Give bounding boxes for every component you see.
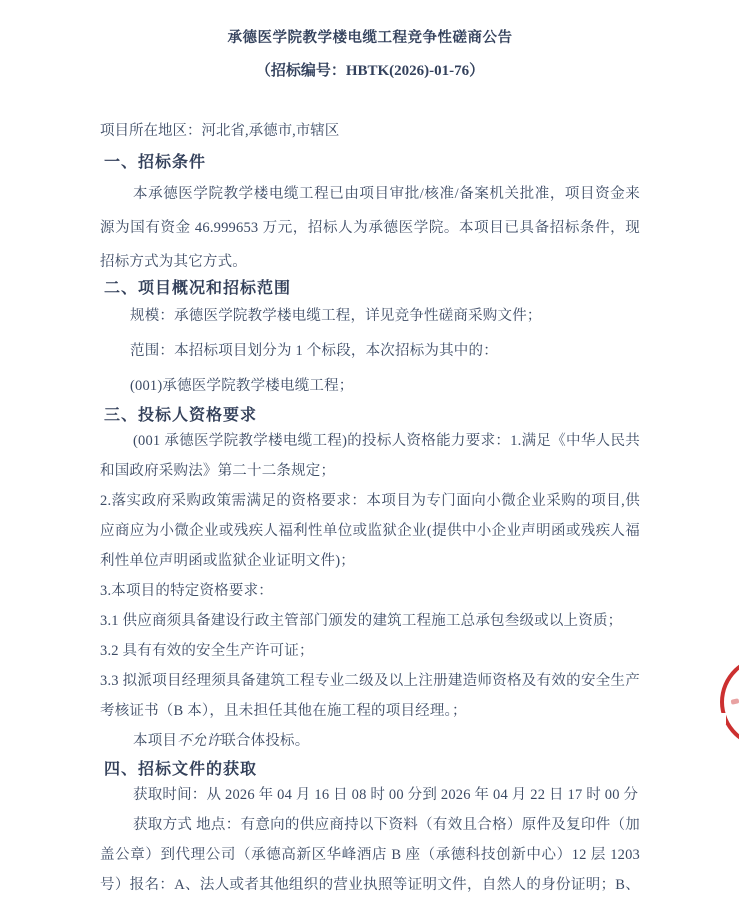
qualification-requirement-1: (001 承德医学院教学楼电缆工程)的投标人资格能力要求：1.满足《中华人民共和… [100,426,640,486]
project-scale-line: 规模：承德医学院教学楼电缆工程，详见竞争性磋商采购文件； [130,299,640,334]
section-2-heading: 二、项目概况和招标范围 [104,279,640,299]
no-consortium-suffix: 联合体投标。 [221,733,309,749]
lot-001-line: (001)承德医学院教学楼电缆工程； [130,369,640,404]
section-3-heading: 三、投标人资格要求 [104,406,640,426]
red-seal-stamp-gap [716,713,726,724]
tender-conditions-paragraph: 本承德医学院教学楼电缆工程已由项目审批/核准/备案机关批准，项目资金来源为国有资… [100,177,640,279]
document-page: 承德医学院教学楼电缆工程竞争性磋商公告 （招标编号：HBTK(2026)-01-… [0,0,739,911]
project-location-line: 项目所在地区：河北省,承德市,市辖区 [100,121,640,141]
qualification-requirement-3-2: 3.2 具有有效的安全生产许可证； [100,636,640,666]
document-content: 承德医学院教学楼电缆工程竞争性磋商公告 （招标编号：HBTK(2026)-01-… [100,0,640,900]
qualification-requirement-3-1: 3.1 供应商须具备建设行政主管部门颁发的建筑工程施工总承包叁级或以上资质； [100,606,640,636]
section-4-heading: 四、招标文件的获取 [104,760,640,780]
no-consortium-line: 本项目不允许联合体投标。 [100,726,640,756]
qualification-requirement-2: 2.落实政府采购政策需满足的资格要求：本项目为专门面向小微企业采购的项目,供应商… [100,486,640,576]
page-title: 承德医学院教学楼电缆工程竞争性磋商公告 [100,26,640,50]
tender-number: （招标编号：HBTK(2026)-01-76） [100,61,640,81]
project-range-line: 范围：本招标项目划分为 1 个标段，本次招标为其中的： [130,334,640,369]
qualification-requirement-3: 3.本项目的特定资格要求： [100,576,640,606]
obtain-method-line: 获取方式 地点：有意向的供应商持以下资料（有效且合格）原件及复印件（加盖公章）到… [100,810,640,900]
qualification-requirement-3-3: 3.3 拟派项目经理须具备建筑工程专业二级及以上注册建造师资格及有效的安全生产考… [100,666,640,726]
no-consortium-emphasis: 不允许 [177,733,221,749]
obtain-time-line: 获取时间：从 2026 年 04 月 16 日 08 时 00 分到 2026 … [100,780,640,810]
section-1-heading: 一、招标条件 [104,153,640,173]
no-consortium-prefix: 本项目 [133,733,177,749]
